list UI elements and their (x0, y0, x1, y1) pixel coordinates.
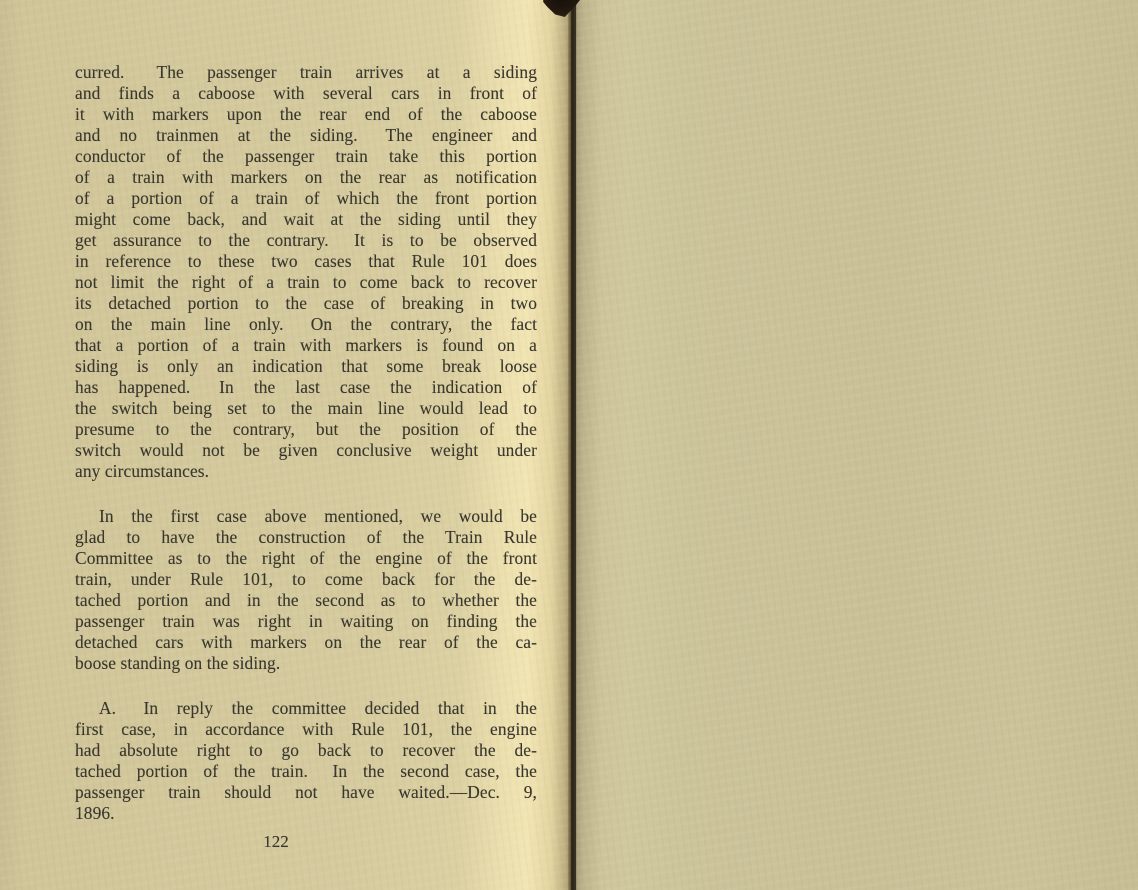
text-line: detached cars with markers on the rear o… (75, 632, 537, 653)
text-line: first case, in accordance with Rule 101,… (75, 719, 537, 740)
text-line: its detached portion to the case of brea… (75, 293, 537, 314)
text-line: tached portion of the train. In the seco… (75, 761, 537, 782)
text-line: not limit the right of a train to come b… (75, 272, 537, 293)
text-line: might come back, and wait at the siding … (75, 209, 537, 230)
text-line: boose standing on the siding. (75, 653, 537, 674)
book-spread: curred. The passenger train arrives at a… (0, 0, 1138, 890)
text-line: 1896. (75, 803, 537, 824)
left-page-text: curred. The passenger train arrives at a… (75, 62, 537, 824)
text-line: any circumstances. (75, 461, 537, 482)
book-gutter-shadow (568, 0, 577, 890)
text-line: on the main line only. On the contrary, … (75, 314, 537, 335)
text-line: Committee as to the right of the engine … (75, 548, 537, 569)
left-page-number: 122 (45, 832, 507, 852)
text-line: get assurance to the contrary. It is to … (75, 230, 537, 251)
paragraph: In the first case above mentioned, we wo… (75, 506, 537, 674)
right-page: Rule 104 The question of the proper inte… (576, 0, 1138, 890)
text-line: conductor of the passenger train take th… (75, 146, 537, 167)
text-line: train, under Rule 101, to come back for … (75, 569, 537, 590)
left-page: curred. The passenger train arrives at a… (0, 0, 571, 890)
text-line: In the first case above mentioned, we wo… (75, 506, 537, 527)
text-line: passenger train should not have waited.—… (75, 782, 537, 803)
text-line: curred. The passenger train arrives at a… (75, 62, 537, 83)
text-line: that a portion of a train with markers i… (75, 335, 537, 356)
text-line: siding is only an indication that some b… (75, 356, 537, 377)
text-line: and finds a caboose with several cars in… (75, 83, 537, 104)
paragraph: A. In reply the committee decided that i… (75, 698, 537, 824)
paragraph: curred. The passenger train arrives at a… (75, 62, 537, 482)
text-line: of a train with markers on the rear as n… (75, 167, 537, 188)
text-line: and no trainmen at the siding. The engin… (75, 125, 537, 146)
text-line: of a portion of a train of which the fro… (75, 188, 537, 209)
text-line: passenger train was right in waiting on … (75, 611, 537, 632)
text-line: has happened. In the last case the indic… (75, 377, 537, 398)
text-line: A. In reply the committee decided that i… (75, 698, 537, 719)
text-line: tached portion and in the second as to w… (75, 590, 537, 611)
text-line: had absolute right to go back to recover… (75, 740, 537, 761)
text-line: the switch being set to the main line wo… (75, 398, 537, 419)
text-line: glad to have the construction of the Tra… (75, 527, 537, 548)
text-line: in reference to these two cases that Rul… (75, 251, 537, 272)
text-line: switch would not be given conclusive wei… (75, 440, 537, 461)
text-line: presume to the contrary, but the positio… (75, 419, 537, 440)
text-line: it with markers upon the rear end of the… (75, 104, 537, 125)
